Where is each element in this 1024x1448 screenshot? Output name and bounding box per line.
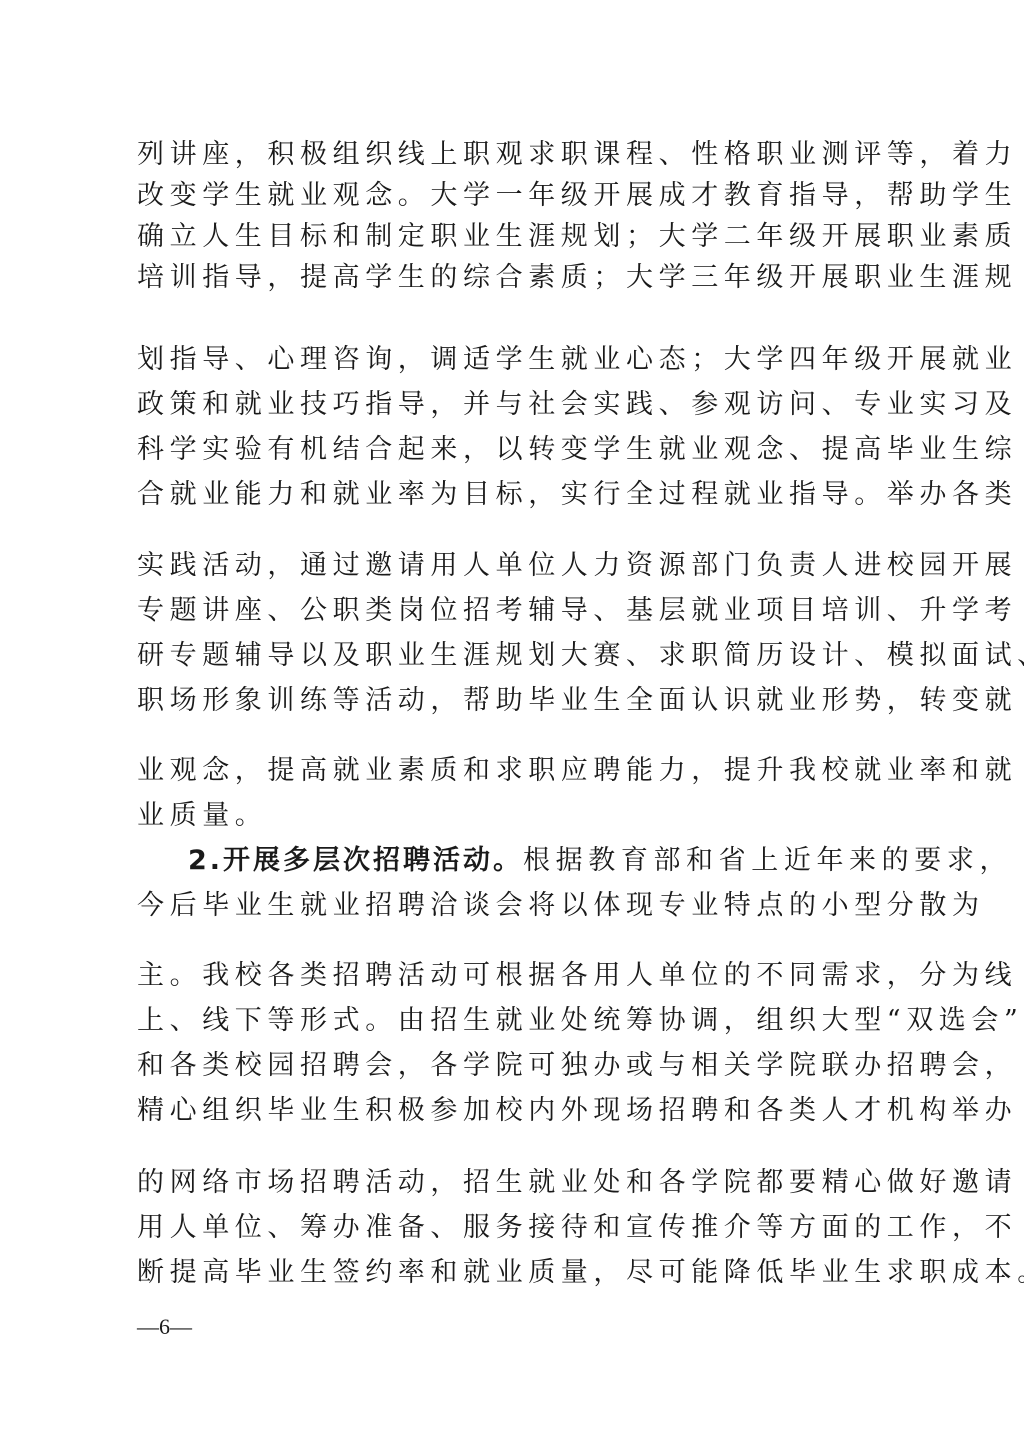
page-number: —6— xyxy=(137,1314,192,1340)
paragraph-line: 业观念，提高就业素质和求职应聘能力，提升我校就业率和就 xyxy=(137,750,897,791)
paragraph-line: 划指导、心理咨询，调适学生就业心态；大学四年级开展就业 xyxy=(137,339,897,380)
section-2-first-line-text: 根据教育部和省上近年来的要求， xyxy=(523,845,1012,876)
paragraph-line: 研专题辅导以及职业生涯规划大赛、求职简历设计、模拟面试、 xyxy=(137,635,897,676)
paragraph-line: 列讲座，积极组织线上职观求职课程、性格职业测评等，着力 xyxy=(137,134,897,175)
paragraph-line: 上、线下等形式。由招生就业处统筹协调，组织大型“双选会” xyxy=(137,1000,897,1041)
paragraph-line: 科学实验有机结合起来，以转变学生就业观念、提高毕业生综 xyxy=(137,429,897,470)
paragraph-line: 改变学生就业观念。大学一年级开展成才教育指导，帮助学生 xyxy=(137,175,897,216)
section-2-heading: 2.开展多层次招聘活动。 xyxy=(188,845,523,876)
paragraph-line: 断提高毕业生签约率和就业质量，尽可能降低毕业生求职成本。 xyxy=(137,1252,897,1293)
paragraph-line: 培训指导，提高学生的综合素质；大学三年级开展职业生涯规 xyxy=(137,257,897,298)
paragraph-line: 专题讲座、公职类岗位招考辅导、基层就业项目培训、升学考 xyxy=(137,590,897,631)
paragraph-line: 的网络市场招聘活动，招生就业处和各学院都要精心做好邀请 xyxy=(137,1162,897,1203)
paragraph-line: 精心组织毕业生积极参加校内外现场招聘和各类人才机构举办 xyxy=(137,1090,897,1131)
paragraph-line: 用人单位、筹办准备、服务接待和宣传推介等方面的工作，不 xyxy=(137,1207,897,1248)
paragraph-line: 主。我校各类招聘活动可根据各用人单位的不同需求，分为线 xyxy=(137,955,897,996)
paragraph-line: 今后毕业生就业招聘洽谈会将以体现专业特点的小型分散为 xyxy=(137,885,897,926)
document-page: 列讲座，积极组织线上职观求职课程、性格职业测评等，着力 改变学生就业观念。大学一… xyxy=(0,0,1024,1448)
paragraph-line: 合就业能力和就业率为目标，实行全过程就业指导。举办各类 xyxy=(137,474,897,515)
paragraph-line: 政策和就业技巧指导，并与社会实践、参观访问、专业实习及 xyxy=(137,384,897,425)
paragraph-line: 实践活动，通过邀请用人单位人力资源部门负责人进校园开展 xyxy=(137,545,897,586)
paragraph-line: 职场形象训练等活动，帮助毕业生全面认识就业形势，转变就 xyxy=(137,680,897,721)
paragraph-line: 和各类校园招聘会，各学院可独办或与相关学院联办招聘会， xyxy=(137,1045,897,1086)
section-2-first-line: 2.开展多层次招聘活动。根据教育部和省上近年来的要求， xyxy=(188,840,948,881)
paragraph-line: 业质量。 xyxy=(137,795,897,836)
paragraph-line: 确立人生目标和制定职业生涯规划；大学二年级开展职业素质 xyxy=(137,216,897,257)
